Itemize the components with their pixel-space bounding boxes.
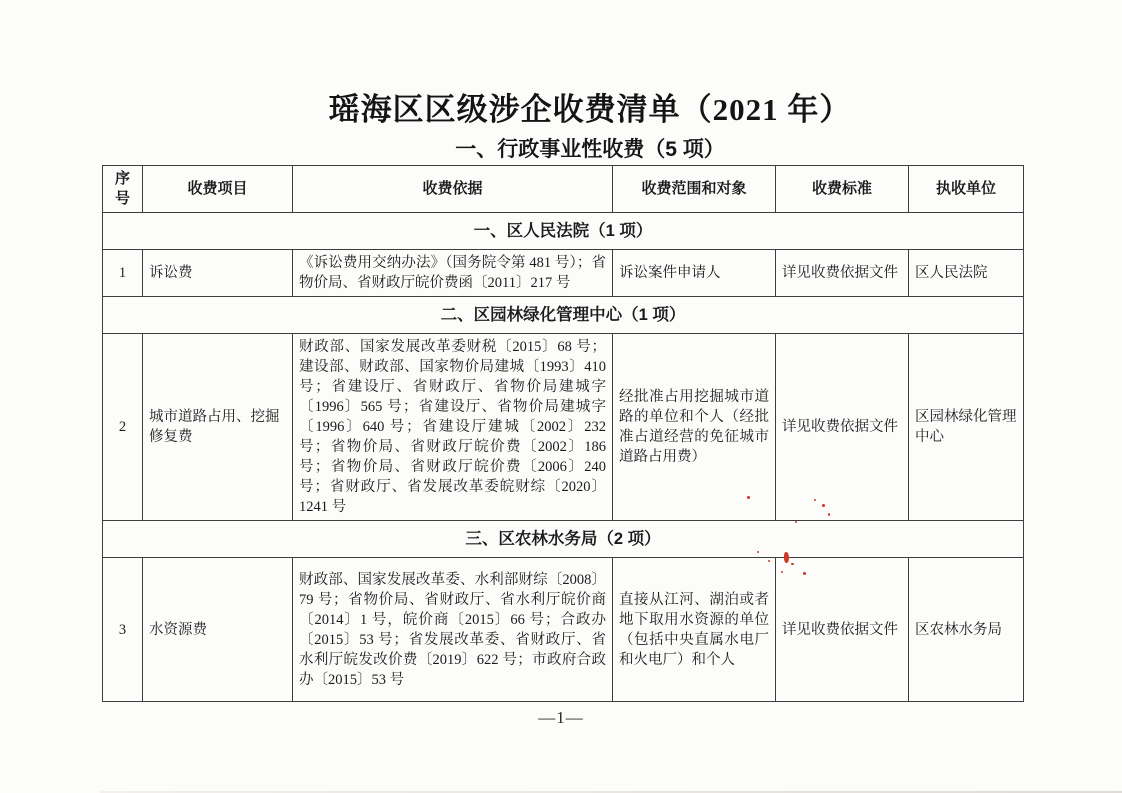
page-title: 瑶海区区级涉企收费清单（2021 年） bbox=[0, 84, 1122, 129]
cell-basis: 《诉讼费用交纳办法》（国务院令第 481 号）；省物价局、省财政厅皖价费函〔20… bbox=[293, 250, 613, 297]
cell-no: 2 bbox=[103, 334, 143, 521]
cell-basis: 财政部、国家发展改革委财税〔2015〕68 号；建设部、财政部、国家物价局建城〔… bbox=[293, 334, 613, 521]
section-heading-label: 二、区园林绿化管理中心（1 项） bbox=[103, 297, 1024, 334]
fee-table: 序号 收费项目 收费依据 收费范围和对象 收费标准 执收单位 一、区人民法院（1… bbox=[102, 165, 1024, 702]
cell-item: 城市道路占用、挖掘修复费 bbox=[143, 334, 293, 521]
cell-scope: 经批准占用挖掘城市道路的单位和个人（经批准占道经营的免征城市道路占用费） bbox=[613, 334, 776, 521]
column-header-item: 收费项目 bbox=[143, 166, 293, 213]
column-header-basis: 收费依据 bbox=[293, 166, 613, 213]
cell-scope: 直接从江河、湖泊或者地下取用水资源的单位（包括中央直属水电厂和火电厂）和个人 bbox=[613, 558, 776, 702]
ink-speckle bbox=[822, 504, 825, 507]
table-header-row: 序号 收费项目 收费依据 收费范围和对象 收费标准 执收单位 bbox=[103, 166, 1024, 213]
ink-speckle bbox=[757, 551, 759, 553]
section-heading-landscaping: 二、区园林绿化管理中心（1 项） bbox=[103, 297, 1024, 334]
cell-item: 诉讼费 bbox=[143, 250, 293, 297]
section-heading-label: 三、区农林水务局（2 项） bbox=[103, 521, 1024, 558]
cell-unit: 区人民法院 bbox=[909, 250, 1024, 297]
table-row: 3 水资源费 财政部、国家发展改革委、水利部财综〔2008〕79 号；省物价局、… bbox=[103, 558, 1024, 702]
cell-standard: 详见收费依据文件 bbox=[776, 250, 909, 297]
cell-item: 水资源费 bbox=[143, 558, 293, 702]
ink-speckle bbox=[795, 521, 797, 523]
section-heading-court: 一、区人民法院（1 项） bbox=[103, 213, 1024, 250]
cell-unit: 区农林水务局 bbox=[909, 558, 1024, 702]
ink-speckle bbox=[768, 560, 770, 562]
ink-speckle bbox=[828, 513, 830, 516]
ink-speckle bbox=[791, 563, 794, 565]
column-header-unit: 执收单位 bbox=[909, 166, 1024, 213]
cell-basis: 财政部、国家发展改革委、水利部财综〔2008〕79 号；省物价局、省财政厅、省水… bbox=[293, 558, 613, 702]
cell-scope: 诉讼案件申请人 bbox=[613, 250, 776, 297]
cell-no: 3 bbox=[103, 558, 143, 702]
cell-no: 1 bbox=[103, 250, 143, 297]
column-header-scope: 收费范围和对象 bbox=[613, 166, 776, 213]
section-heading-water-bureau: 三、区农林水务局（2 项） bbox=[103, 521, 1024, 558]
ink-speckle bbox=[803, 572, 806, 575]
ink-speckle bbox=[814, 499, 816, 501]
table-row: 1 诉讼费 《诉讼费用交纳办法》（国务院令第 481 号）；省物价局、省财政厅皖… bbox=[103, 250, 1024, 297]
cell-unit: 区园林绿化管理中心 bbox=[909, 334, 1024, 521]
cell-standard: 详见收费依据文件 bbox=[776, 334, 909, 521]
scanned-document-page: 瑶海区区级涉企收费清单（2021 年） 一、行政事业性收费（5 项） 序号 收费… bbox=[0, 0, 1122, 793]
column-header-standard: 收费标准 bbox=[776, 166, 909, 213]
ink-speckle bbox=[781, 571, 783, 573]
page-number: —1— bbox=[0, 708, 1122, 728]
ink-speckle bbox=[784, 552, 789, 563]
section-heading-label: 一、区人民法院（1 项） bbox=[103, 213, 1024, 250]
ink-speckle bbox=[747, 496, 750, 499]
cell-standard: 详见收费依据文件 bbox=[776, 558, 909, 702]
column-header-no: 序号 bbox=[103, 166, 143, 213]
table-row: 2 城市道路占用、挖掘修复费 财政部、国家发展改革委财税〔2015〕68 号；建… bbox=[103, 334, 1024, 521]
page-subtitle: 一、行政事业性收费（5 项） bbox=[0, 133, 1122, 163]
